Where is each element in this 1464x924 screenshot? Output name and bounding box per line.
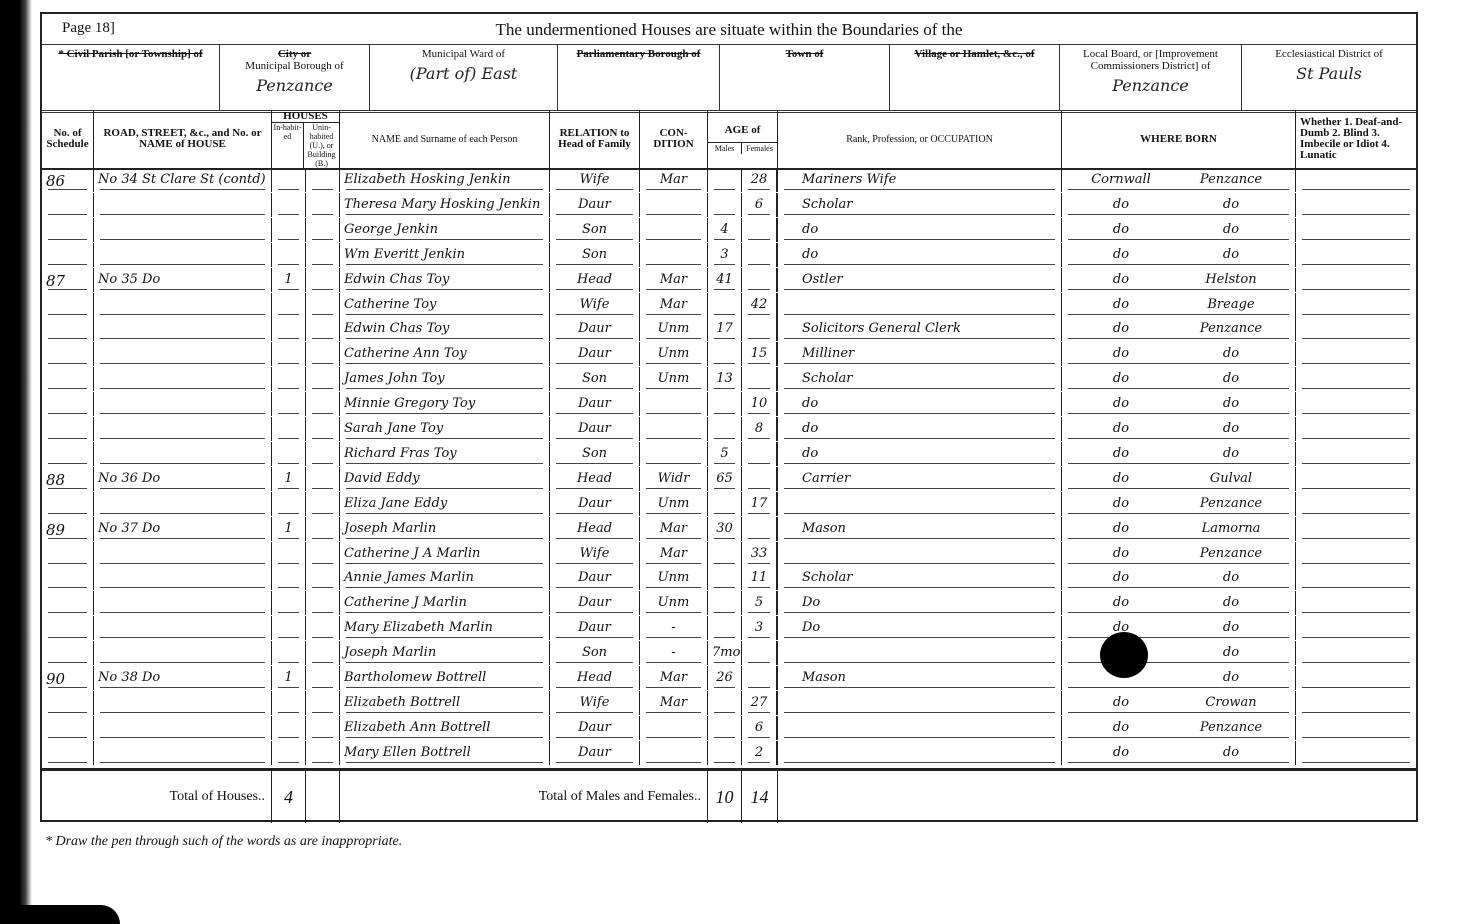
female-age: 11 (742, 566, 778, 590)
occupation: Do (778, 591, 1062, 615)
condition: Unm (640, 591, 708, 615)
uninhabited-count (306, 616, 340, 640)
male-age (708, 566, 742, 590)
person-name: Edwin Chas Toy (340, 268, 550, 292)
infirmity (1296, 392, 1416, 416)
infirmity (1296, 616, 1416, 640)
person-name: Theresa Mary Hosking Jenkin (340, 193, 550, 217)
house-address (94, 641, 272, 665)
civil-parish-cell: * Civil Parish [or Township] of (42, 44, 220, 110)
female-age: 8 (742, 417, 778, 441)
female-age (742, 641, 778, 665)
where-born: doHelston (1062, 268, 1296, 292)
relation: Daur (550, 741, 640, 765)
female-age: 10 (742, 392, 778, 416)
occupation (778, 542, 1062, 566)
infirmity (1296, 716, 1416, 740)
occupation: do (778, 442, 1062, 466)
uninhabited-count (306, 417, 340, 441)
where-born: doLamorna (1062, 517, 1296, 541)
table-row: Joseph Marlin Son - 7mo do (42, 641, 1416, 665)
schedule-number: 88 (42, 467, 94, 491)
infirmity (1296, 566, 1416, 590)
house-address: No 34 St Clare St (contd) (94, 168, 272, 192)
person-name: Minnie Gregory Toy (340, 392, 550, 416)
infirmity (1296, 691, 1416, 715)
occupation (778, 691, 1062, 715)
where-born: dodo (1062, 566, 1296, 590)
inhabited-count (272, 591, 306, 615)
infirmity (1296, 467, 1416, 491)
where-born: doCrowan (1062, 691, 1296, 715)
relation: Daur (550, 317, 640, 341)
uninhabited-count (306, 591, 340, 615)
female-age: 42 (742, 293, 778, 317)
where-born: dodo (1062, 392, 1296, 416)
person-name: Catherine Ann Toy (340, 342, 550, 366)
uninhabited-count (306, 566, 340, 590)
occupation: Solicitors General Clerk (778, 317, 1062, 341)
table-row: Edwin Chas Toy Daur Unm 17 Solicitors Ge… (42, 317, 1416, 341)
inhabited-count (272, 168, 306, 192)
where-born: do (1062, 641, 1296, 665)
relation: Head (550, 268, 640, 292)
house-address (94, 342, 272, 366)
inhabited-count (272, 716, 306, 740)
table-row: 88 No 36 Do 1 David Eddy Head Widr 65 Ca… (42, 467, 1416, 491)
person-name: Edwin Chas Toy (340, 317, 550, 341)
relation: Daur (550, 193, 640, 217)
table-row: Elizabeth Ann Bottrell Daur 6 doPenzance (42, 716, 1416, 740)
female-age: 27 (742, 691, 778, 715)
female-age (742, 517, 778, 541)
village-cell: Village or Hamlet, &c., of (890, 44, 1060, 110)
male-age (708, 716, 742, 740)
schedule-number (42, 243, 94, 267)
male-age: 41 (708, 268, 742, 292)
person-name: Eliza Jane Eddy (340, 492, 550, 516)
person-name: Wm Everitt Jenkin (340, 243, 550, 267)
infirmity (1296, 243, 1416, 267)
person-name: Catherine J A Marlin (340, 542, 550, 566)
female-age (742, 243, 778, 267)
uninhabited-count (306, 293, 340, 317)
condition (640, 716, 708, 740)
schedule-number (42, 218, 94, 242)
relation: Daur (550, 716, 640, 740)
occupation (778, 293, 1062, 317)
uninhabited-count (306, 691, 340, 715)
schedule-number (42, 591, 94, 615)
relation: Son (550, 367, 640, 391)
schedule-number (42, 691, 94, 715)
female-age: 28 (742, 168, 778, 192)
male-age (708, 542, 742, 566)
col-where-born: WHERE BORN (1062, 110, 1296, 168)
house-address (94, 691, 272, 715)
infirmity (1296, 517, 1416, 541)
house-address (94, 566, 272, 590)
where-born: dodo (1062, 417, 1296, 441)
table-row: Mary Elizabeth Marlin Daur - 3 Do dodo (42, 616, 1416, 640)
male-age (708, 741, 742, 765)
table-row: Wm Everitt Jenkin Son 3 do dodo (42, 243, 1416, 267)
where-born: doPenzance (1062, 542, 1296, 566)
where-born: doBreage (1062, 293, 1296, 317)
col-age: AGE of Males Females (708, 110, 778, 168)
inhabited-count: 1 (272, 467, 306, 491)
relation: Head (550, 666, 640, 690)
col-schedule: No. of Schedule (42, 110, 94, 168)
male-age (708, 691, 742, 715)
uninhabited-count (306, 243, 340, 267)
schedule-number (42, 342, 94, 366)
infirmity (1296, 542, 1416, 566)
person-name: Mary Elizabeth Marlin (340, 616, 550, 640)
female-age (742, 467, 778, 491)
relation: Daur (550, 392, 640, 416)
house-address (94, 293, 272, 317)
person-name: Elizabeth Ann Bottrell (340, 716, 550, 740)
condition (640, 193, 708, 217)
female-age: 15 (742, 342, 778, 366)
infirmity (1296, 218, 1416, 242)
female-age: 6 (742, 716, 778, 740)
table-row: Catherine Toy Wife Mar 42 doBreage (42, 293, 1416, 317)
house-address (94, 442, 272, 466)
where-born: dodo (1062, 218, 1296, 242)
female-age: 2 (742, 741, 778, 765)
schedule-number: 90 (42, 666, 94, 690)
female-age (742, 317, 778, 341)
house-address (94, 741, 272, 765)
male-age: 26 (708, 666, 742, 690)
where-born: doPenzance (1062, 492, 1296, 516)
table-row: 89 No 37 Do 1 Joseph Marlin Head Mar 30 … (42, 517, 1416, 541)
relation: Wife (550, 168, 640, 192)
male-age (708, 168, 742, 192)
male-age: 17 (708, 317, 742, 341)
where-born: doPenzance (1062, 716, 1296, 740)
male-age: 65 (708, 467, 742, 491)
relation: Daur (550, 342, 640, 366)
schedule-number (42, 193, 94, 217)
house-address: No 38 Do (94, 666, 272, 690)
schedule-number (42, 741, 94, 765)
uninhabited-count (306, 542, 340, 566)
relation: Head (550, 467, 640, 491)
house-address (94, 317, 272, 341)
table-row: 90 No 38 Do 1 Bartholomew Bottrell Head … (42, 666, 1416, 690)
inhabited-count (272, 442, 306, 466)
occupation (778, 716, 1062, 740)
female-age: 33 (742, 542, 778, 566)
municipal-ward-cell: Municipal Ward of (Part of) East (370, 44, 558, 110)
municipal-borough-cell: City or Municipal Borough of Penzance (220, 44, 370, 110)
schedule-number (42, 442, 94, 466)
male-age (708, 193, 742, 217)
condition: Widr (640, 467, 708, 491)
condition: Unm (640, 566, 708, 590)
schedule-number (42, 317, 94, 341)
table-row: Richard Fras Toy Son 5 do dodo (42, 442, 1416, 466)
house-address (94, 218, 272, 242)
person-name: Sarah Jane Toy (340, 417, 550, 441)
male-age (708, 492, 742, 516)
uninhabited-count (306, 392, 340, 416)
condition: Mar (640, 168, 708, 192)
infirmity (1296, 367, 1416, 391)
inhabited-count (272, 417, 306, 441)
occupation: Scholar (778, 367, 1062, 391)
house-address (94, 591, 272, 615)
table-row: James John Toy Son Unm 13 Scholar dodo (42, 367, 1416, 391)
inhabited-count (272, 392, 306, 416)
female-age: 3 (742, 616, 778, 640)
infirmity (1296, 741, 1416, 765)
uninhabited-count (306, 666, 340, 690)
where-born: dodo (1062, 591, 1296, 615)
male-age (708, 591, 742, 615)
occupation: Ostler (778, 268, 1062, 292)
condition: Unm (640, 492, 708, 516)
male-age (708, 392, 742, 416)
totals-row: Total of Houses.. 4 Total of Males and F… (42, 768, 1416, 823)
occupation (778, 641, 1062, 665)
inhabited-count (272, 218, 306, 242)
female-age: 5 (742, 591, 778, 615)
uninhabited-count (306, 442, 340, 466)
schedule-number (42, 293, 94, 317)
table-row: George Jenkin Son 4 do dodo (42, 218, 1416, 242)
table-row: Annie James Marlin Daur Unm 11 Scholar d… (42, 566, 1416, 590)
occupation: Scholar (778, 193, 1062, 217)
condition (640, 417, 708, 441)
person-name: Bartholomew Bottrell (340, 666, 550, 690)
condition: Mar (640, 542, 708, 566)
inhabited-count (272, 641, 306, 665)
person-name: Elizabeth Bottrell (340, 691, 550, 715)
person-name: Catherine Toy (340, 293, 550, 317)
census-sheet: Page 18] The undermentioned Houses are s… (40, 12, 1418, 822)
col-condition: CON-DITION (640, 110, 708, 168)
total-females: 14 (742, 771, 778, 823)
table-row: 86 No 34 St Clare St (contd) Elizabeth H… (42, 168, 1416, 192)
house-address (94, 716, 272, 740)
female-age (742, 367, 778, 391)
house-address (94, 616, 272, 640)
occupation: Mariners Wife (778, 168, 1062, 192)
where-born: doPenzance (1062, 317, 1296, 341)
condition (640, 218, 708, 242)
occupation: Milliner (778, 342, 1062, 366)
person-name: Joseph Marlin (340, 641, 550, 665)
male-age (708, 417, 742, 441)
condition: Mar (640, 666, 708, 690)
house-address: No 37 Do (94, 517, 272, 541)
where-born: dodo (1062, 367, 1296, 391)
inhabited-count (272, 193, 306, 217)
occupation: do (778, 243, 1062, 267)
total-persons-label: Total of Males and Females.. (340, 771, 708, 823)
condition: Mar (640, 268, 708, 292)
female-age (742, 442, 778, 466)
inhabited-count (272, 342, 306, 366)
occupation: do (778, 417, 1062, 441)
male-age (708, 342, 742, 366)
condition: Unm (640, 342, 708, 366)
infirmity (1296, 193, 1416, 217)
table-row: Sarah Jane Toy Daur 8 do dodo (42, 417, 1416, 441)
town-cell: Town of (720, 44, 890, 110)
uninhabited-count (306, 317, 340, 341)
person-name: Joseph Marlin (340, 517, 550, 541)
infirmity (1296, 442, 1416, 466)
condition (640, 243, 708, 267)
female-age (742, 218, 778, 242)
col-road: ROAD, STREET, &c., and No. or NAME of HO… (94, 110, 272, 168)
column-headers: No. of Schedule ROAD, STREET, &c., and N… (42, 110, 1416, 170)
condition: - (640, 641, 708, 665)
person-name: Annie James Marlin (340, 566, 550, 590)
house-address (94, 392, 272, 416)
uninhabited-count (306, 218, 340, 242)
person-name: Richard Fras Toy (340, 442, 550, 466)
uninhabited-count (306, 193, 340, 217)
inhabited-count (272, 616, 306, 640)
infirmity (1296, 317, 1416, 341)
relation: Daur (550, 591, 640, 615)
relation: Son (550, 218, 640, 242)
total-houses-value: 4 (272, 771, 306, 823)
schedule-number (42, 641, 94, 665)
condition: Mar (640, 691, 708, 715)
uninhabited-count (306, 641, 340, 665)
condition: Unm (640, 367, 708, 391)
infirmity (1296, 666, 1416, 690)
person-name: George Jenkin (340, 218, 550, 242)
uninhabited-count (306, 168, 340, 192)
infirmity (1296, 293, 1416, 317)
boundaries-title: The undermentioned Houses are situate wi… (42, 20, 1416, 40)
inhabited-count (272, 566, 306, 590)
table-row: Mary Ellen Bottrell Daur 2 dodo (42, 741, 1416, 765)
local-board-cell: Local Board, or [Improvement Commissione… (1060, 44, 1242, 110)
person-name: Catherine J Marlin (340, 591, 550, 615)
total-uninhabited (306, 771, 340, 823)
occupation: Do (778, 616, 1062, 640)
house-address (94, 367, 272, 391)
infirmity (1296, 417, 1416, 441)
male-age: 13 (708, 367, 742, 391)
schedule-number (42, 417, 94, 441)
condition (640, 392, 708, 416)
male-age: 4 (708, 218, 742, 242)
male-age: 30 (708, 517, 742, 541)
house-address (94, 492, 272, 516)
uninhabited-count (306, 467, 340, 491)
occupation: Carrier (778, 467, 1062, 491)
person-name: Elizabeth Hosking Jenkin (340, 168, 550, 192)
house-address (94, 193, 272, 217)
sheet-title-bar: Page 18] The undermentioned Houses are s… (42, 14, 1416, 45)
ecclesiastical-district-cell: Ecclesiastical District of St Pauls (1242, 44, 1416, 110)
infirmity (1296, 641, 1416, 665)
inhabited-count (272, 317, 306, 341)
male-age: 7mo (708, 641, 742, 665)
schedule-number: 87 (42, 268, 94, 292)
table-row: 87 No 35 Do 1 Edwin Chas Toy Head Mar 41… (42, 268, 1416, 292)
relation: Daur (550, 417, 640, 441)
inhabited-count (272, 741, 306, 765)
table-row: Catherine Ann Toy Daur Unm 15 Milliner d… (42, 342, 1416, 366)
schedule-number (42, 566, 94, 590)
infirmity (1296, 591, 1416, 615)
table-row: Eliza Jane Eddy Daur Unm 17 doPenzance (42, 492, 1416, 516)
schedule-number: 86 (42, 168, 94, 192)
inhabited-count (272, 542, 306, 566)
where-born: CornwallPenzance (1062, 168, 1296, 192)
where-born: dodo (1062, 193, 1296, 217)
table-row: Catherine J A Marlin Wife Mar 33 doPenza… (42, 542, 1416, 566)
female-age: 17 (742, 492, 778, 516)
condition: Mar (640, 517, 708, 541)
table-row: Theresa Mary Hosking Jenkin Daur 6 Schol… (42, 193, 1416, 217)
male-age: 5 (708, 442, 742, 466)
occupation: Scholar (778, 566, 1062, 590)
footnote: * Draw the pen through such of the words… (45, 834, 402, 850)
person-name: David Eddy (340, 467, 550, 491)
occupation: do (778, 218, 1062, 242)
female-age (742, 666, 778, 690)
occupation: Mason (778, 517, 1062, 541)
relation: Daur (550, 566, 640, 590)
inhabited-count (272, 492, 306, 516)
relation: Wife (550, 691, 640, 715)
schedule-number: 89 (42, 517, 94, 541)
female-age (742, 268, 778, 292)
col-houses: HOUSES In-habit-ed Unin-habited (U.), or… (272, 110, 340, 168)
person-name: James John Toy (340, 367, 550, 391)
relation: Head (550, 517, 640, 541)
house-address: No 36 Do (94, 467, 272, 491)
total-houses-label: Total of Houses.. (42, 771, 272, 823)
inhabited-count (272, 293, 306, 317)
where-born: dodo (1062, 442, 1296, 466)
occupation: do (778, 392, 1062, 416)
relation: Son (550, 442, 640, 466)
relation: Wife (550, 542, 640, 566)
where-born: dodo (1062, 243, 1296, 267)
col-relation: RELATION to Head of Family (550, 110, 640, 168)
inhabited-count: 1 (272, 517, 306, 541)
where-born: dodo (1062, 616, 1296, 640)
scan-edge-bottom (0, 905, 120, 924)
condition (640, 442, 708, 466)
schedule-number (42, 616, 94, 640)
house-address (94, 243, 272, 267)
inhabited-count (272, 367, 306, 391)
relation: Wife (550, 293, 640, 317)
schedule-number (42, 716, 94, 740)
female-age: 6 (742, 193, 778, 217)
occupation (778, 492, 1062, 516)
ink-blot (1100, 632, 1148, 678)
male-age: 3 (708, 243, 742, 267)
infirmity (1296, 342, 1416, 366)
col-infirmity: Whether 1. Deaf-and-Dumb 2. Blind 3. Imb… (1296, 110, 1416, 168)
where-born: doGulval (1062, 467, 1296, 491)
